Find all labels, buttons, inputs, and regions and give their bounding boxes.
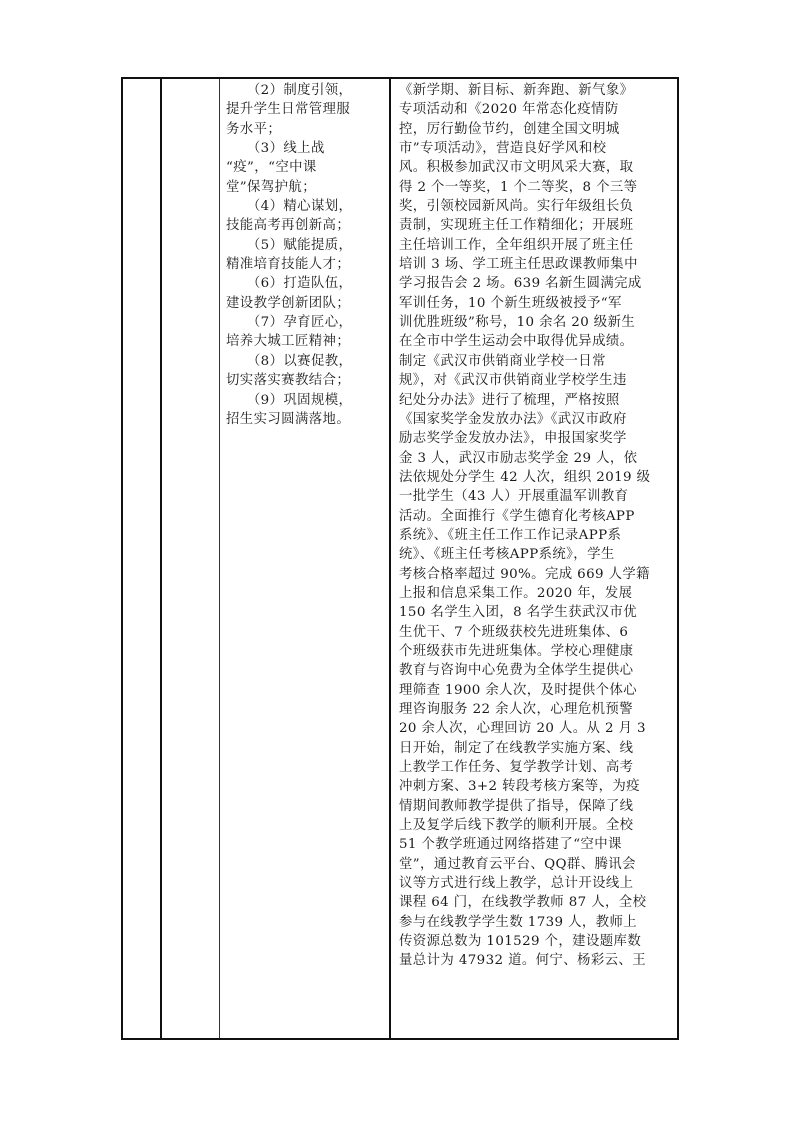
text-line: 切实落实赛教结合； bbox=[226, 371, 352, 390]
text-line: 量总计为 47932 道。何宁、杨彩云、王 bbox=[399, 951, 650, 970]
text-line: 日开始，制定了在线教学实施方案、线 bbox=[399, 739, 650, 758]
text-line: 技能高考再创新高； bbox=[226, 216, 352, 235]
text-line: （7）孕育匠心， bbox=[226, 313, 352, 332]
text-line: 议等方式进行线上教学，总计开设线上 bbox=[399, 874, 650, 893]
text-line: 传资源总数为 101529 个，建设题库数 bbox=[399, 932, 650, 951]
text-line: 规》，对《武汉市供销商业学校学生违 bbox=[399, 371, 650, 390]
text-line: 考核合格率超过 90%。完成 669 人学籍 bbox=[399, 565, 650, 584]
text-line: 20 余人次，心理回访 20 人。从 2 月 3 bbox=[399, 719, 650, 738]
text-line: 教育与咨询中心免费为全体学生提供心 bbox=[399, 661, 650, 680]
table-column-index bbox=[123, 79, 162, 1038]
text-line: 奖，引领校园新风尚。实行年级组长负 bbox=[399, 197, 650, 216]
text-line: 专项活动和《2020 年常态化疫情防 bbox=[399, 100, 650, 119]
text-line: 《新学期、新目标、新奔跑、新气象》 bbox=[399, 81, 650, 100]
text-line: 个班级获市先进班集体。学校心理健康 bbox=[399, 642, 650, 661]
text-line: （8）以赛促教， bbox=[226, 352, 352, 371]
measures-text: （2）制度引领，提升学生日常管理服务水平； （3）线上战“疫”，“空中课堂”保驾… bbox=[226, 81, 352, 429]
text-line: 纪处分办法》进行了梳理，严格按照 bbox=[399, 391, 650, 410]
text-line: 务水平； bbox=[226, 120, 352, 139]
text-line: 上及复学后线下教学的顺利开展。全校 bbox=[399, 816, 650, 835]
text-line: 提升学生日常管理服 bbox=[226, 100, 352, 119]
text-line: 生优干、7 个班级获校先进班集体、6 bbox=[399, 623, 650, 642]
text-line: 堂”保驾护航； bbox=[226, 178, 352, 197]
text-line: 在全市中学生运动会中取得优异成绩。 bbox=[399, 332, 650, 351]
text-line: 统》、《班主任考核APP系统》，学生 bbox=[399, 545, 650, 564]
table-column-measures: （2）制度引领，提升学生日常管理服务水平； （3）线上战“疫”，“空中课堂”保驾… bbox=[220, 79, 391, 1038]
text-line: （4）精心谋划， bbox=[226, 197, 352, 216]
text-line: 学习报告会 2 场。639 名新生圆满完成 bbox=[399, 274, 650, 293]
text-line: 控，厉行勤俭节约，创建全国文明城 bbox=[399, 120, 650, 139]
details-text: 《新学期、新目标、新奔跑、新气象》专项活动和《2020 年常态化疫情防控，厉行勤… bbox=[399, 81, 650, 971]
text-line: 训优胜班级”称号，10 余名 20 级新生 bbox=[399, 313, 650, 332]
text-line: 冲刺方案、3+2 转段考核方案等，为疫 bbox=[399, 777, 650, 796]
text-line: 课程 64 门，在线教学教师 87 人，全校 bbox=[399, 893, 650, 912]
text-line: 招生实习圆满落地。 bbox=[226, 410, 352, 429]
text-line: （3）线上战 bbox=[226, 139, 352, 158]
text-line: 励志奖学金发放办法》，申报国家奖学 bbox=[399, 429, 650, 448]
table-column-category bbox=[162, 79, 220, 1038]
text-line: 《国家奖学金发放办法》《武汉市政府 bbox=[399, 410, 650, 429]
text-line: 制定《武汉市供销商业学校一日常 bbox=[399, 352, 650, 371]
text-line: 情期间教师教学提供了指导，保障了线 bbox=[399, 797, 650, 816]
text-line: “疫”，“空中课 bbox=[226, 158, 352, 177]
text-line: 建设教学创新团队； bbox=[226, 294, 352, 313]
text-line: （9）巩固规模， bbox=[226, 391, 352, 410]
text-line: 51 个教学班通过网络搭建了“空中课 bbox=[399, 835, 650, 854]
text-line: 金 3 人，武汉市励志奖学金 29 人，依 bbox=[399, 449, 650, 468]
text-line: 活动。全面推行《学生德育化考核APP bbox=[399, 507, 650, 526]
text-line: 培养大城工匠精神； bbox=[226, 332, 352, 351]
text-line: 法依规处分学生 42 人次，组织 2019 级 bbox=[399, 468, 650, 487]
text-line: （6）打造队伍， bbox=[226, 274, 352, 293]
text-line: 系统》、《班主任工作工作记录APP系 bbox=[399, 526, 650, 545]
document-table: （2）制度引领，提升学生日常管理服务水平； （3）线上战“疫”，“空中课堂”保驾… bbox=[121, 77, 679, 1040]
text-line: 上报和信息采集工作。2020 年，发展 bbox=[399, 584, 650, 603]
text-line: 市”专项活动》，营造良好学风和校 bbox=[399, 139, 650, 158]
text-line: 风。积极参加武汉市文明风采大赛，取 bbox=[399, 158, 650, 177]
text-line: 上教学工作任务、复学教学计划、高考 bbox=[399, 758, 650, 777]
text-line: 堂”，通过教育云平台、QQ群、腾讯会 bbox=[399, 855, 650, 874]
text-line: 精准培育技能人才； bbox=[226, 255, 352, 274]
text-line: 理筛查 1900 余人次，及时提供个体心 bbox=[399, 681, 650, 700]
text-line: 一批学生（43 人）开展重温军训教育 bbox=[399, 487, 650, 506]
text-line: 理咨询服务 22 余人次，心理危机预警 bbox=[399, 700, 650, 719]
text-line: 军训任务，10 个新生班级被授予“军 bbox=[399, 294, 650, 313]
text-line: 150 名学生入团，8 名学生获武汉市优 bbox=[399, 603, 650, 622]
text-line: 主任培训工作，全年组织开展了班主任 bbox=[399, 236, 650, 255]
table-column-details: 《新学期、新目标、新奔跑、新气象》专项活动和《2020 年常态化疫情防控，厉行勤… bbox=[391, 79, 677, 1038]
text-line: 得 2 个一等奖，1 个二等奖，8 个三等 bbox=[399, 178, 650, 197]
text-line: （2）制度引领， bbox=[226, 81, 352, 100]
text-line: （5）赋能提质， bbox=[226, 236, 352, 255]
text-line: 参与在线教学学生数 1739 人，教师上 bbox=[399, 913, 650, 932]
text-line: 责制，实现班主任工作精细化；开展班 bbox=[399, 216, 650, 235]
text-line: 培训 3 场、学工班主任思政课教师集中 bbox=[399, 255, 650, 274]
